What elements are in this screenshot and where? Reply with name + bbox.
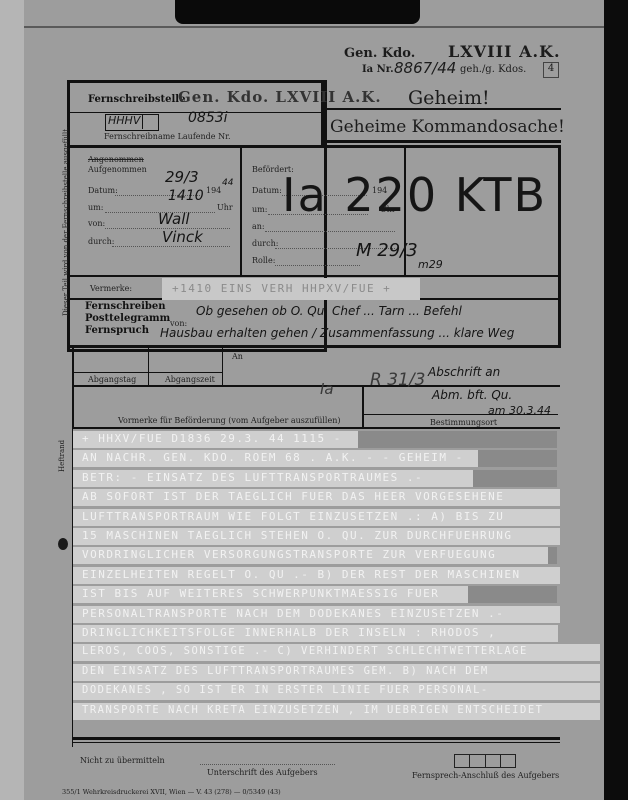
corps-stamp: LXVIII A.K. — [448, 42, 561, 61]
year-prefix: 194 — [206, 186, 221, 195]
um-value: 1410 — [168, 188, 204, 204]
ia-220-ktb-stamp: Ia 220 KTB — [282, 168, 547, 222]
teletype-line: + HHXV/FUE D1836 29.3. 44 1115 - — [82, 432, 342, 445]
uhr-label: Uhr — [217, 203, 233, 212]
datum-label: Datum: — [88, 186, 118, 195]
fernsprech-label: Fernsprech-Anschluß des Aufgebers — [412, 771, 559, 780]
teletype-strip-gap — [478, 450, 557, 467]
vermerke-strip: +1410 EINS VERH HHPXV/FUE + — [172, 282, 391, 295]
scan-left-margin — [0, 0, 24, 800]
teletype-line: TRANSPORTE NACH KRETA EINZUSETZEN , IM U… — [82, 704, 543, 716]
form-row-line-4 — [67, 345, 561, 348]
durch-line — [112, 246, 230, 247]
footer-rule-1 — [72, 737, 560, 740]
geh-label: geh./g. Kdos. — [460, 64, 526, 75]
vormerke-bottom-line — [72, 427, 560, 429]
befoerdert-um-label: um: — [252, 205, 267, 214]
befoerdert-datum-label: Datum: — [252, 186, 282, 195]
aufgenommen-label: Aufgenommen — [88, 165, 147, 174]
year-suffix: 44 — [222, 178, 233, 188]
handwritten-note-line-2: Hausbau erhalten gehen / Zusammenfassung… — [160, 326, 514, 340]
von-label: von: — [88, 219, 105, 228]
befoerdert-durch-label: durch: — [252, 239, 278, 248]
nicht-uebermitteln-label: Nicht zu übermitteln — [80, 756, 165, 765]
small-initial: m29 — [418, 258, 443, 271]
an-label: An — [232, 352, 243, 361]
geheim-title: Geheim! — [408, 87, 490, 109]
form-right-edge — [558, 145, 561, 345]
um-label: um: — [88, 203, 103, 212]
form-row-line-1 — [67, 145, 561, 148]
angenommen-struck-label: Angenommen — [88, 155, 144, 164]
header-box-mark: 4 — [543, 62, 559, 78]
unterschrift-line — [200, 764, 335, 765]
fernschreibname-box-divider — [142, 114, 143, 129]
ia-nr-label: Ia Nr. — [362, 64, 394, 75]
fernsprech-boxes — [454, 754, 516, 768]
fernschreibstelle-stamp: Gen. Kdo. LXVIII A.K. — [178, 88, 382, 106]
vermerke-label: Vermerke: — [90, 284, 132, 293]
vormerke-label: Vormerke für Beförderung (vom Aufgeber a… — [118, 416, 340, 425]
heftrand-label: Heftrand — [58, 440, 66, 472]
abgangszeit-label: Abgangszeit — [165, 375, 215, 384]
bestimmungsort-divider — [362, 385, 364, 427]
r-note: R 31/3 — [370, 370, 425, 390]
bestimmungsort-line — [362, 414, 558, 415]
form-row-line-2 — [67, 275, 561, 277]
durch-label: durch: — [88, 237, 114, 246]
binder-clip — [175, 0, 420, 24]
teletype-line: DRINGLICHKEITSFOLGE INNERHALB DER INSELN… — [82, 626, 496, 639]
handwritten-note-line-1: Ob gesehen ob O. Qu. Chef ... Tarn ... B… — [196, 304, 462, 318]
bestimmungsort-label: Bestimmungsort — [430, 418, 497, 427]
teletype-line: VORDRINGLICHER VERSORGUNGSTRANSPORTE ZUR… — [82, 548, 496, 561]
type-fernspruch: Fernspruch — [85, 325, 149, 336]
teletype-line: IST BIS AUF WEITERES SCHWERPUNKTMAESSIG … — [82, 587, 439, 600]
teletype-line: AB SOFORT IST DER TAEGLICH FUER DAS HEER… — [82, 490, 504, 503]
form-vertical-2 — [240, 145, 242, 275]
von-value: Wall — [158, 210, 190, 228]
befoerdert-rolle-line — [275, 265, 360, 266]
ia-nr-value: 8867/44 — [394, 59, 456, 77]
abgang-divider-1 — [148, 347, 149, 385]
teletype-strip-gap — [473, 470, 557, 487]
fernschreibname-value: HHHV — [108, 114, 140, 127]
page-top-edge — [24, 26, 604, 28]
geheime-kommandosache-title: Geheime Kommandosache! — [330, 117, 565, 137]
abgang-divider-2 — [222, 347, 223, 385]
teletype-strip-gap — [468, 586, 557, 603]
datum-value: 29/3 — [165, 168, 199, 186]
abschrift-note-1: Abschrift an — [428, 365, 500, 379]
abschrift-note-3: am 30.3.44 — [488, 404, 551, 417]
fernschreibstelle-side-note: Dieser Teil wird von der Fernschreibstel… — [62, 127, 70, 316]
abschrift-note-2: Abm. bft. Qu. — [432, 388, 512, 402]
teletype-line: BETR: - EINSATZ DES LUFTTRANSPORTRAUMES … — [82, 471, 423, 484]
type-posttelegramm: Posttelegramm — [85, 313, 170, 324]
teletype-line: PERSONALTRANSPORTE NACH DEM DODEKANES EI… — [82, 607, 504, 620]
laufende-nr-value: 0853i — [188, 110, 228, 126]
befoerdert-rolle-label: Rolle: — [252, 256, 275, 265]
ia-note: Ia — [320, 380, 334, 398]
abgangstag-label: Abgangstag — [88, 375, 136, 384]
punch-hole — [58, 538, 68, 550]
teletype-line: 15 MASCHINEN TAEGLICH STEHEN O. QU. ZUR … — [82, 529, 513, 542]
footer-rule-2 — [72, 742, 560, 743]
abgang-label-line — [72, 372, 222, 373]
durch-value: Vinck — [162, 228, 203, 246]
abgang-bottom-line — [72, 385, 560, 387]
befoerdert-initial-mark: M 29/3 — [356, 240, 418, 261]
befoerdert-an-line — [265, 231, 395, 232]
fernschreibstelle-label: Fernschreibstelle — [88, 94, 185, 105]
teletype-line: EINZELHEITEN REGELT O. QU .- B) DER REST… — [82, 568, 521, 581]
teletype-line: DODEKANES , SO IST ER IN ERSTER LINIE FU… — [82, 684, 489, 696]
print-info: 355/1 Wehrkreisdruckerei XVII, Wien — V.… — [62, 788, 281, 796]
teletype-line: DEN EINSATZ DES LUFTTRANSPORTRAUMES GEM.… — [82, 665, 489, 677]
teletype-line: LUFTTRANSPORTRAUM WIE FOLGT EINZUSETZEN … — [82, 510, 504, 523]
fernschreibname-label: Fernschreibname Laufende Nr. — [104, 132, 231, 141]
geheim-bottom-line — [321, 140, 561, 143]
teletype-line: AN NACHR. GEN. KDO. ROEM 68 . A.K. - - G… — [82, 451, 464, 464]
befoerdert-an-label: an: — [252, 222, 265, 231]
teletype-strip-gap — [358, 431, 557, 448]
type-fernschreiben: Fernschreiben — [85, 301, 166, 312]
teletype-strip-gap — [548, 547, 557, 564]
unterschrift-label: Unterschrift des Aufgebers — [207, 768, 318, 777]
scan-right-border — [604, 0, 628, 800]
teletype-line: LEROS, COOS, SONSTIGE .- C) VERHINDERT S… — [82, 645, 528, 657]
